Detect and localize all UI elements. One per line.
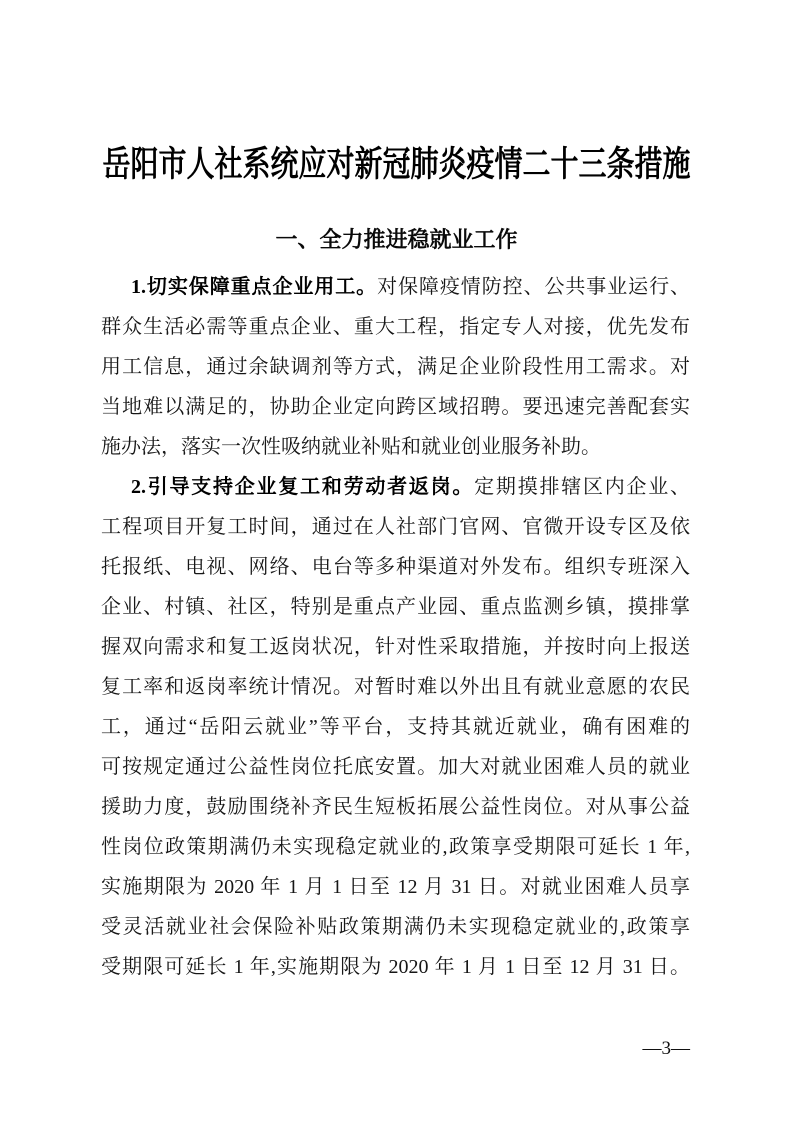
document-title-text: 岳阳市人社系统应对新冠肺炎疫情二十三条措施 — [102, 144, 690, 186]
text-line: 工程项目开复工时间，通过在人社部门官网、官微开设专区及依 — [101, 507, 690, 547]
text-run: 定期摸排辖区内企业、 — [474, 476, 690, 498]
text-run: 对保障疫情防控、公共事业运行、 — [377, 276, 690, 298]
paragraph-2: 2.引导支持企业复工和劳动者返岗。定期摸排辖区内企业、 工程项目开复工时间，通过… — [101, 467, 690, 987]
section-heading: 一、全力推进稳就业工作 — [0, 227, 793, 253]
text-line: 托报纸、电视、网络、电台等多种渠道对外发布。组织专班深入 — [101, 547, 690, 587]
text-line: 受灵活就业社会保险补贴政策期满仍未实现稳定就业的,政策享 — [101, 907, 690, 947]
text-line: 援助力度，鼓励围绕补齐民生短板拓展公益性岗位。对从事公益 — [101, 787, 690, 827]
paragraph-1-lead: 1.切实保障重点企业用工。 — [131, 276, 377, 298]
text-line: 企业、村镇、社区，特别是重点产业园、重点监测乡镇，摸排掌 — [101, 587, 690, 627]
text-line: 施办法，落实一次性吸纳就业补贴和就业创业服务补助。 — [101, 427, 690, 467]
text-line: 复工率和返岗率统计情况。对暂时难以外出且有就业意愿的农民 — [101, 667, 690, 707]
document-body: 1.切实保障重点企业用工。对保障疫情防控、公共事业运行、 群众生活必需等重点企业… — [101, 267, 690, 987]
document-title: 岳阳市人社系统应对新冠肺炎疫情二十三条措施 — [0, 144, 793, 186]
document-page: 岳阳市人社系统应对新冠肺炎疫情二十三条措施 一、全力推进稳就业工作 1.切实保障… — [0, 0, 793, 1122]
paragraph-2-lead: 2.引导支持企业复工和劳动者返岗。 — [131, 476, 474, 498]
paragraph-1: 1.切实保障重点企业用工。对保障疫情防控、公共事业运行、 群众生活必需等重点企业… — [101, 267, 690, 467]
text-line: 1.切实保障重点企业用工。对保障疫情防控、公共事业运行、 — [101, 267, 690, 307]
text-line: 握双向需求和复工返岗状况，针对性采取措施，并按时向上报送 — [101, 627, 690, 667]
text-line: 群众生活必需等重点企业、重大工程，指定专人对接，优先发布 — [101, 307, 690, 347]
text-line: 性岗位政策期满仍未实现稳定就业的,政策享受期限可延长 1 年, — [101, 827, 690, 867]
text-line: 实施期限为 2020 年 1 月 1 日至 12 月 31 日。对就业困难人员享 — [101, 867, 690, 907]
text-line: 当地难以满足的，协助企业定向跨区域招聘。要迅速完善配套实 — [101, 387, 690, 427]
text-line: 工，通过“岳阳云就业”等平台，支持其就近就业，确有困难的 — [101, 707, 690, 747]
text-line: 用工信息，通过余缺调剂等方式，满足企业阶段性用工需求。对 — [101, 347, 690, 387]
page-number: —3— — [643, 1038, 691, 1060]
text-line: 可按规定通过公益性岗位托底安置。加大对就业困难人员的就业 — [101, 747, 690, 787]
text-line: 受期限可延长 1 年,实施期限为 2020 年 1 月 1 日至 12 月 31… — [101, 947, 690, 987]
text-line: 2.引导支持企业复工和劳动者返岗。定期摸排辖区内企业、 — [101, 467, 690, 507]
